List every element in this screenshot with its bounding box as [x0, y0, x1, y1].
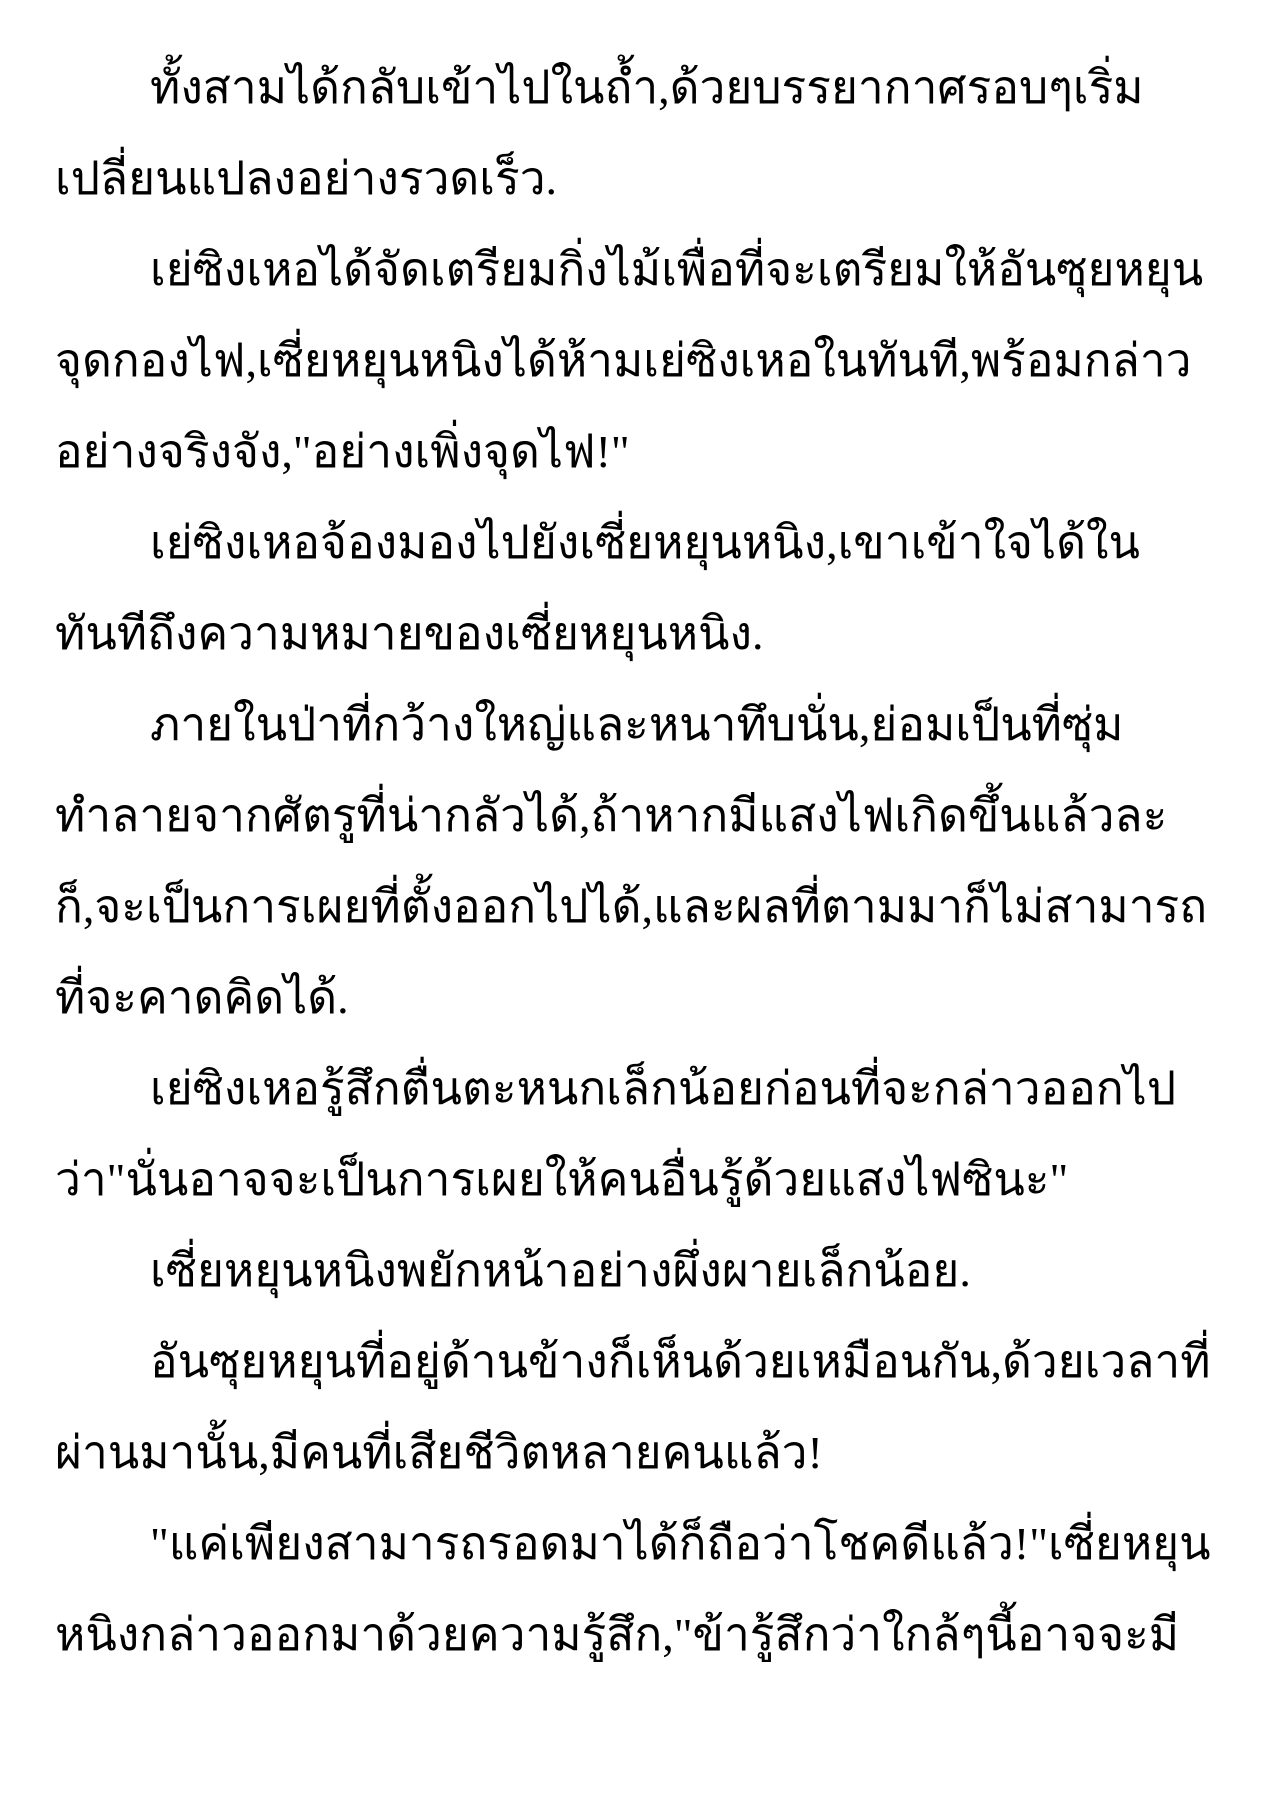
paragraph-4: ภายในป่าที่กว้างใหญ่และหนาทึบนั่น,ย่อมเป… [55, 679, 1219, 1043]
paragraph-1: ทั้งสามได้กลับเข้าไปในถ้ำ,ด้วยบรรยากาศรอ… [55, 42, 1219, 224]
paragraph-7: อันซุยหยุนที่อยู่ด้านข้างก็เห็นด้วยเหมือ… [55, 1316, 1219, 1498]
document-page: ทั้งสามได้กลับเข้าไปในถ้ำ,ด้วยบรรยากาศรอ… [0, 0, 1271, 1800]
paragraph-8: "แค่เพียงสามารถรอดมาได้ก็ถือว่าโชคดีแล้ว… [55, 1498, 1219, 1680]
paragraph-6: เซี่ยหยุนหนิงพยักหน้าอย่างผึ่งผายเล็กน้อ… [55, 1225, 1219, 1316]
paragraph-5: เย่ซิงเหอรู้สึกตื่นตะหนกเล็กน้อยก่อนที่จ… [55, 1043, 1219, 1225]
paragraph-3: เย่ซิงเหอจ้องมองไปยังเซี่ยหยุนหนิง,เขาเข… [55, 497, 1219, 679]
paragraph-2: เย่ซิงเหอได้จัดเตรียมกิ่งไม้เพื่อที่จะเต… [55, 224, 1219, 497]
